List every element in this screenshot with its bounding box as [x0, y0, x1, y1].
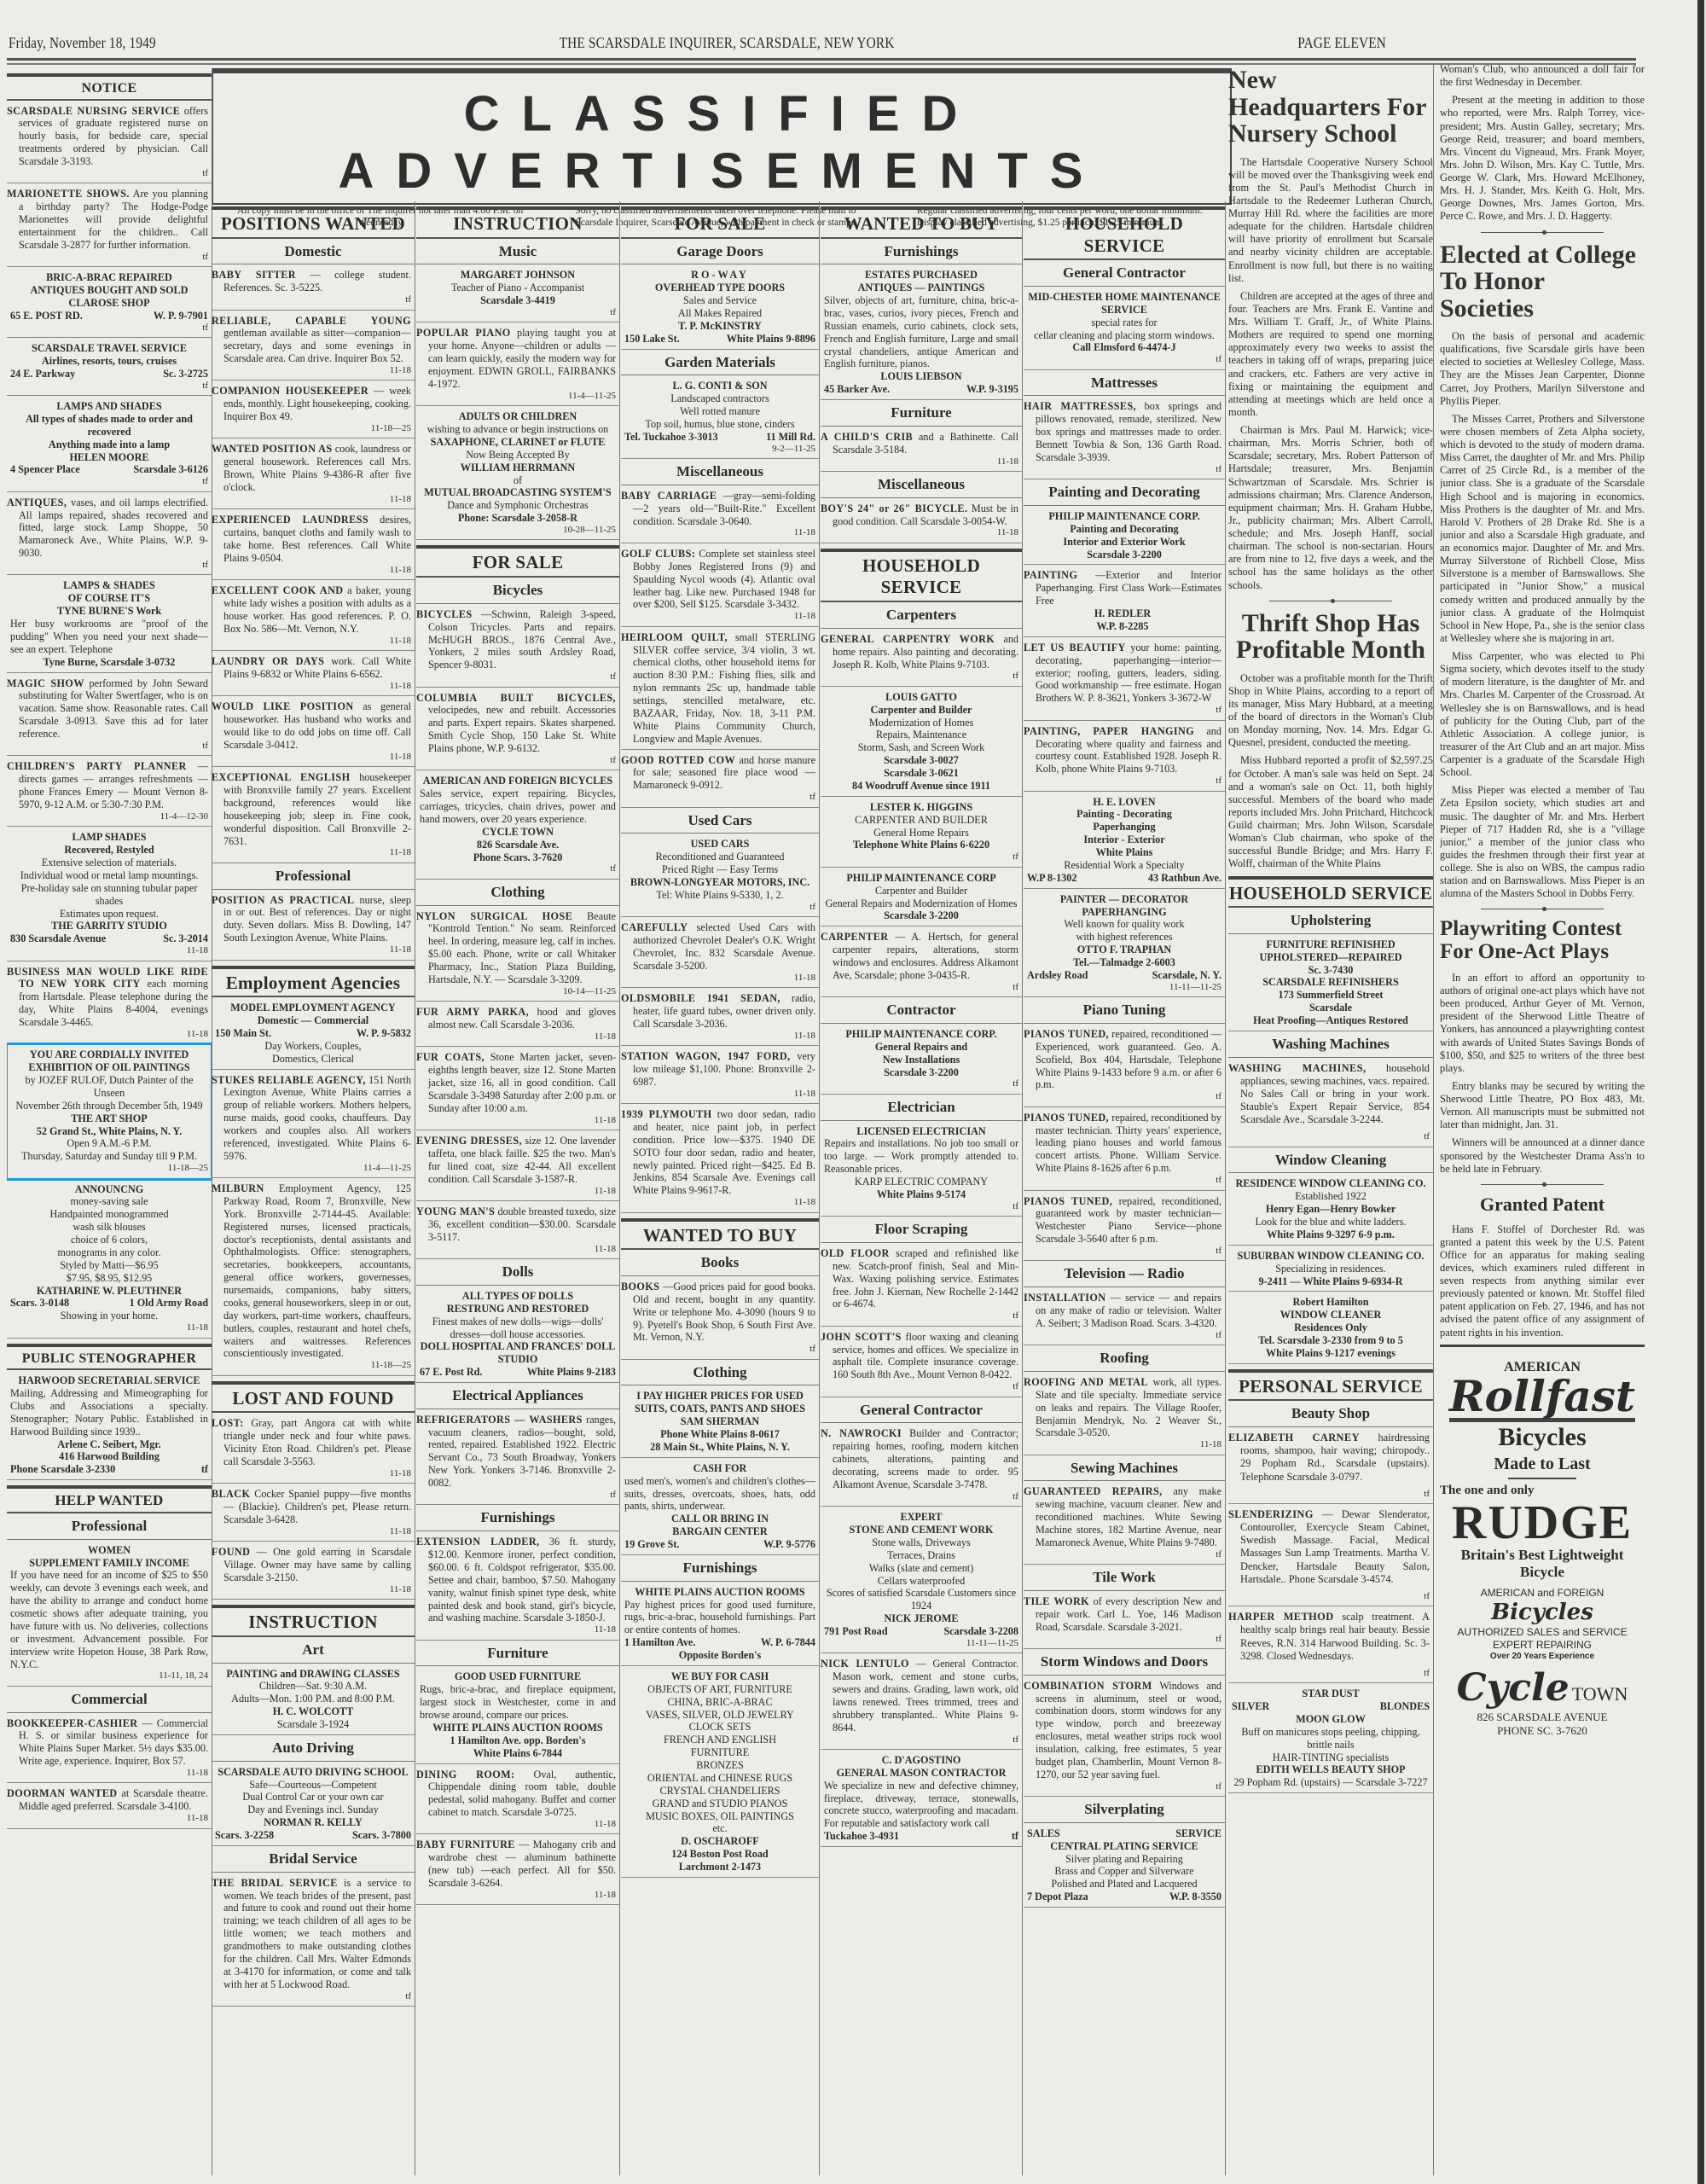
ad-edith-wells: STAR DUST SILVERBLONDES MOON GLOW Buff o… [1228, 1683, 1433, 1793]
subsection-auto-driving: Auto Driving [212, 1735, 415, 1762]
subsection-miscellaneous: Miscellaneous [621, 459, 819, 485]
section-for-sale: FOR SALE [621, 206, 819, 239]
subsection-storm-windows: Storm Windows and Doors [1024, 1649, 1225, 1676]
subsection-electrical-appliances: Electrical Appliances [416, 1383, 619, 1409]
ad-scarsdale-refinishers: FURNITURE REFINISHED UPHOLSTERED—REPAIRE… [1228, 934, 1433, 1031]
ad-conti-garden: L. G. CONTI & SON Landscaped contractors… [621, 375, 819, 459]
classified-banner: CLASSIFIED ADVERTISEMENTS All copy must … [212, 68, 1232, 205]
ad-rulof-exhibition: YOU ARE CORDIALLY INVITED EXHIBITION OF … [7, 1044, 212, 1178]
ad-doorman: DOORMAN WANTED at Scarsdale theatre. Mid… [7, 1783, 212, 1828]
ad-helen-moore-lamps: LAMPS AND SHADES All types of shades mad… [7, 396, 212, 492]
ad-stauble-repair: WASHING MACHINES, household appliances, … [1228, 1058, 1433, 1147]
ad-women-income: WOMEN SUPPLEMENT FAMILY INCOME If you ha… [7, 1540, 212, 1687]
ad-wolcott-art: PAINTING and DRAWING CLASSES Children—Sa… [212, 1664, 415, 1735]
section-public-stenographer: PUBLIC STENOGRAPHER [7, 1344, 212, 1371]
ad-misc: HEIRLOOM QUILT, small STERLING SILVER co… [621, 627, 819, 750]
section-employment-agencies: Employment Agencies [212, 966, 415, 998]
headline-thrift-shop: Thrift Shop Has Profitable Month [1228, 610, 1433, 664]
ad-robert-hamilton: Robert Hamilton WINDOW CLEANER Residence… [1228, 1292, 1433, 1363]
ad-position: EXPERIENCED LAUNDRESS desires, curtains,… [212, 509, 415, 580]
subsection-professional: Professional [7, 1513, 212, 1540]
ad-clothing: NYLON SURGICAL HOSE Beaute "Kontrold Ten… [416, 906, 619, 1002]
ad-position: WANTED POSITION AS cook, laundress or ge… [212, 439, 415, 509]
ad-kolb-painting: PAINTING, PAPER HANGING and Decorating w… [1024, 721, 1225, 792]
column-1: NOTICE SCARSDALE NURSING SERVICE offers … [7, 68, 212, 2175]
masthead: Friday, November 18, 1949 THE SCARSDALE … [9, 34, 1386, 53]
ad-driving-school: SCARSDALE AUTO DRIVING SCHOOL Safe—Court… [212, 1762, 415, 1846]
subsection-carpenters: Carpenters [821, 602, 1022, 629]
newspaper-page: Friday, November 18, 1949 THE SCARSDALE … [0, 0, 1704, 2184]
ad-karp-electric: LICENSED ELECTRICIAN Repairs and install… [821, 1121, 1022, 1217]
ad-dining-room: DINING ROOM: Oval, authentic, Chippendal… [416, 1764, 619, 1835]
ad-books: BOOKS —Good prices paid for good books. … [621, 1276, 819, 1360]
headline-elected-college: Elected at College To Honor Societies [1440, 241, 1645, 322]
divider [1269, 601, 1392, 601]
subsection-bridal-service: Bridal Service [212, 1846, 415, 1873]
ad-tyne-burne: LAMPS & SHADES OF COURSE IT'S TYNE BURNE… [7, 575, 212, 672]
subsection-art: Art [212, 1637, 415, 1664]
ad-bargain-center: CASH FOR used men's, women's and childre… [621, 1458, 819, 1555]
ad-clothing: FUR ARMY PARKA, hood and gloves almost n… [416, 1002, 619, 1047]
headline-playwriting-contest: Playwriting Contest For One-Act Plays [1440, 918, 1645, 963]
ad-clothing: YOUNG MAN'S double breasted tuxedo, size… [416, 1201, 619, 1259]
ad-redler-painting: PAINTING —Exterior and Interior Paperhan… [1024, 565, 1225, 636]
subsection-washing-machines: Washing Machines [1228, 1031, 1433, 1058]
ad-brown-longyear: USED CARS Reconditioned and Guaranteed P… [621, 834, 819, 917]
ad-piano-tuning: PIANOS TUNED, repaired, reconditioned — … [1024, 1024, 1225, 1107]
subsection-dolls: Dolls [416, 1259, 619, 1286]
subsection-domestic: Domestic [212, 239, 415, 265]
divider [1481, 909, 1604, 909]
ad-bridal-service: THE BRIDAL SERVICE is a service to women… [212, 1873, 415, 2007]
subsection-sewing-machines: Sewing Machines [1024, 1455, 1225, 1482]
ad-travel-service: SCARSDALE TRAVEL SERVICE Airlines, resor… [7, 338, 212, 396]
ad-magic-show: MAGIC SHOW performed by John Seward subs… [7, 673, 212, 757]
ad-childs-crib: A CHILD'S CRIB and a Bathinette. Call Sc… [821, 427, 1022, 472]
ad-harwood-secretarial: HARWOOD SECRETARIAL SERVICE Mailing, Add… [7, 1370, 212, 1480]
ad-position: BABY SITTER — college student. Reference… [212, 264, 415, 310]
section-wanted-to-buy: WANTED TO BUY [621, 1218, 819, 1251]
ad-misc: GOLF CLUBS: Complete set stainless steel… [621, 543, 819, 627]
issue-date: Friday, November 18, 1949 [9, 34, 156, 53]
ad-dagostino-mason: C. D'AGOSTINO GENERAL MASON CONTRACTOR W… [821, 1750, 1022, 1847]
divider [1481, 1184, 1604, 1185]
ad-antiques-lamps: ANTIQUES, vases, and oil lamps electrifi… [7, 492, 212, 576]
ad-position: LAUNDRY OR DAYS work. Call White Plains … [212, 651, 415, 696]
ad-nursing: SCARSDALE NURSING SERVICE offers service… [7, 101, 212, 184]
subsection-used-cars: Used Cars [621, 808, 819, 834]
subsection-general-contractor: General Contractor [1024, 260, 1225, 287]
ad-sam-sherman: I PAY HIGHER PRICES FOR USED SUITS, COAT… [621, 1385, 819, 1457]
ad-hogan-brothers: LET US BEAUTIFY your home: painting, dec… [1024, 637, 1225, 721]
ad-cycle-town: AMERICAN AND FOREIGN BICYCLES Sales serv… [416, 770, 619, 880]
ad-seibert-radio: INSTALLATION — service — and repairs on … [1024, 1287, 1225, 1345]
subsection-clothing: Clothing [416, 880, 619, 906]
ad-nick-lentulo: NICK LENTULO — General Contractor. Mason… [821, 1653, 1022, 1750]
ad-hertsch-carpenter: CARPENTER — A. Hertsch, for general carp… [821, 926, 1022, 997]
ad-electric-servant: REFRIGERATORS — WASHERS ranges, vacuum c… [416, 1409, 619, 1506]
ad-nawrocki: N. NAWROCKI Builder and Contractor; repa… [821, 1423, 1022, 1507]
ad-bicycles: COLUMBIA BUILT BICYCLES, velocipedes, ne… [416, 688, 619, 771]
section-instruction: INSTRUCTION [212, 1605, 415, 1637]
ad-white-sewing: GUARANTEED REPAIRS, any make sewing mach… [1024, 1481, 1225, 1565]
ad-piano-tuning: PIANOS TUNED, repaired, reconditioned by… [1024, 1107, 1225, 1191]
ad-clothing: FUR COATS, Stone Marten jacket, seven-ei… [416, 1047, 619, 1130]
ad-loven-painting: H. E. LOVEN Painting - Decorating Paperh… [1024, 792, 1225, 889]
ad-boys-bicycle: BOY'S 24" or 26" BICYCLE. Must be in goo… [821, 498, 1022, 543]
ad-slenderizing: SLENDERIZING — Dewar Slenderator, Contou… [1228, 1504, 1433, 1606]
ad-extension-ladder: EXTENSION LADDER, 36 ft. sturdy, $12.00.… [416, 1531, 619, 1641]
column-6: HOUSEHOLD SERVICE General Contractor MID… [1024, 201, 1226, 2175]
subsection-piano-tuning: Piano Tuning [1024, 997, 1225, 1024]
ad-ro-way-doors: RO-WAY OVERHEAD TYPE DOORS Sales and Ser… [621, 264, 819, 349]
page-number: PAGE ELEVEN [1297, 34, 1386, 53]
subsection-clothing: Clothing [621, 1360, 819, 1386]
subsection-bicycles: Bicycles [416, 578, 619, 604]
column-7: New Headquarters For Nursery School The … [1228, 63, 1434, 2175]
subsection-furnishings: Furnishings [416, 1505, 619, 1531]
cycle-town-logo: Cycle [1457, 1666, 1570, 1710]
ad-philip-maintenance: PHILIP MAINTENANCE CORP Carpenter and Bu… [821, 868, 1022, 927]
ad-position: WOULD LIKE POSITION as general housework… [212, 696, 415, 767]
ad-garrity-studio: LAMP SHADES Recovered, Restyled Extensiv… [7, 827, 212, 961]
ad-clarose-shop: BRIC-A-BRAC REPAIRED ANTIQUES BOUGHT AND… [7, 267, 212, 338]
ad-popular-piano: POPULAR PIANO playing taught you at your… [416, 322, 619, 406]
section-positions-wanted: POSITIONS WANTED [212, 206, 415, 239]
ad-ride-wanted: BUSINESS MAN WOULD LIKE RIDE TO NEW YORK… [7, 961, 212, 1045]
ad-herrmann-woodwinds: ADULTS OR CHILDREN wishing to advance or… [416, 406, 619, 540]
ad-rollfast-rudge-bicycles: AMERICAN Rollfast Bicycles Made to Last … [1440, 1345, 1645, 1738]
subsection-furnishings: Furnishings [621, 1555, 819, 1582]
subsection-furniture: Furniture [416, 1641, 619, 1667]
section-household-service: HOUSEHOLD SERVICE [1024, 206, 1225, 260]
newspaper-title: THE SCARSDALE INQUIRER, SCARSDALE, NEW Y… [560, 34, 895, 53]
ad-model-employment: MODEL EMPLOYMENT AGENCY Domestic — Comme… [212, 997, 415, 1069]
subsection-silverplating: Silverplating [1024, 1797, 1225, 1823]
ad-practical-nurse: POSITION AS PRACTICAL nurse, sleep in or… [212, 890, 415, 961]
ad-position: EXCELLENT COOK AND a baker, young white … [212, 580, 415, 651]
banner-title: CLASSIFIED ADVERTISEMENTS [213, 85, 1230, 200]
ad-philip-maintenance: PHILIP MAINTENANCE CORP. General Repairs… [821, 1024, 1022, 1095]
ad-general-carpentry: GENERAL CARPENTRY WORK and home repairs.… [821, 629, 1022, 687]
rudge-logo: RUDGE [1440, 1499, 1645, 1547]
ad-floor: OLD FLOOR scraped and refinished like ne… [821, 1243, 1022, 1327]
ad-lester-higgins: LESTER K. HIGGINS CARPENTER AND BUILDER … [821, 797, 1022, 868]
subsection-painting-decorating: Painting and Decorating [1024, 479, 1225, 506]
ad-car: CAREFULLY selected Used Cars with author… [621, 917, 819, 988]
subsection-roofing: Roofing [1024, 1345, 1225, 1372]
ad-harper-method: HARPER METHOD scalp treatment. A healthy… [1228, 1606, 1433, 1683]
ad-baby-furniture: BABY FURNITURE — Mahogany crib and wardr… [416, 1834, 619, 1905]
ad-bicycles: BICYCLES —Schwinn, Raleigh 3-speed, Cols… [416, 604, 619, 688]
subsection-garden-materials: Garden Materials [621, 350, 819, 376]
ad-lost-puppy: BLACK Cocker Spaniel puppy—five months —… [212, 1484, 415, 1542]
ad-philip-painting: PHILIP MAINTENANCE CORP. Painting and De… [1024, 506, 1225, 566]
ad-position: RELIABLE, CAPABLE YOUNG gentleman availa… [212, 311, 415, 381]
column-4: FOR SALE Garage Doors RO-WAY OVERHEAD TY… [621, 201, 820, 2175]
ad-margaret-johnson: MARGARET JOHNSON Teacher of Piano - Acco… [416, 264, 619, 322]
ad-car: STATION WAGON, 1947 FORD, very low milea… [621, 1046, 819, 1104]
subsection-furnishings: Furnishings [821, 239, 1022, 265]
ad-position: EXCEPTIONAL ENGLISH housekeeper with Bro… [212, 767, 415, 863]
ad-suburban-window: SUBURBAN WINDOW CLEANING CO. Specializin… [1228, 1246, 1433, 1292]
section-household-service: HOUSEHOLD SERVICE [821, 549, 1022, 602]
ad-stukes-agency: STUKES RELIABLE AGENCY, 151 North Lexing… [212, 1070, 415, 1179]
section-household-service: HOUSEHOLD SERVICE [1228, 876, 1433, 909]
ad-chamberlin-storm: COMBINATION STORM Windows and screens in… [1024, 1676, 1225, 1797]
subsection-general-contractor: General Contractor [821, 1397, 1022, 1424]
subsection-commercial: Commercial [7, 1687, 212, 1713]
headline-granted-patent: Granted Patent [1440, 1194, 1645, 1217]
ad-wp-auction-rooms: WHITE PLAINS AUCTION ROOMS Pay highest p… [621, 1582, 819, 1666]
ad-blouse-sale: ANNOUNCNG money-saving sale Handpainted … [7, 1179, 212, 1339]
subsection-floor-scraping: Floor Scraping [821, 1217, 1022, 1243]
ad-floor: JOHN SCOTT'S floor waxing and cleaning s… [821, 1327, 1022, 1397]
subsection-furniture: Furniture [821, 400, 1022, 427]
section-notice: NOTICE [7, 73, 212, 101]
ad-tile-work: TILE WORK of every description New and r… [1024, 1591, 1225, 1649]
section-lost-and-found: LOST AND FOUND [212, 1381, 415, 1414]
section-wanted-to-buy: WANTED TO BUY [821, 206, 1022, 239]
ad-nick-jerome: EXPERT STONE AND CEMENT WORK Stone walls… [821, 1507, 1022, 1653]
ad-car: 1939 PLYMOUTH two door sedan, radio and … [621, 1104, 819, 1213]
column-2: POSITIONS WANTED Domestic BABY SITTER — … [212, 201, 415, 2175]
ad-hair-mattresses: HAIR MATTRESSES, box springs and pillows… [1024, 396, 1225, 479]
subsection-beauty-shop: Beauty Shop [1228, 1401, 1433, 1427]
ad-position: COMPANION HOUSEKEEPER — week ends, month… [212, 380, 415, 439]
subsection-garage-doors: Garage Doors [621, 239, 819, 265]
headline-nursery-school: New Headquarters For Nursery School [1228, 67, 1433, 148]
subsection-upholstering: Upholstering [1228, 908, 1433, 934]
ad-elizabeth-carney: ELIZABETH CARNEY hairdressing rooms, sha… [1228, 1427, 1433, 1504]
ad-party-planner: CHILDREN'S PARTY PLANNER — directs games… [7, 756, 212, 827]
ad-mid-chester: MID-CHESTER HOME MAINTENANCE SERVICE spe… [1024, 287, 1225, 370]
ad-louis-gatto: LOUIS GATTO Carpenter and Builder Modern… [821, 687, 1022, 797]
ad-misc: GOOD ROTTED COW and horse manure for sal… [621, 750, 819, 808]
column-8: Woman's Club, who announced a doll fair … [1440, 63, 1645, 2175]
section-instruction: INSTRUCTION [416, 206, 619, 239]
subsection-tile-work: Tile Work [1024, 1565, 1225, 1591]
subsection-window-cleaning: Window Cleaning [1228, 1147, 1433, 1174]
ad-village-roofer: ROOFING AND METAL work, all types. Slate… [1024, 1372, 1225, 1455]
ad-central-plating: SALESSERVICE CENTRAL PLATING SERVICE Sil… [1024, 1823, 1225, 1908]
ad-misc: BABY CARRIAGE —gray—semi-folding—2 years… [621, 485, 819, 543]
section-help-wanted: HELP WANTED [7, 1485, 212, 1513]
divider [1481, 232, 1604, 233]
section-personal-service: PERSONAL SERVICE [1228, 1369, 1433, 1402]
rollfast-logo: Rollfast [1449, 1375, 1635, 1422]
subsection-professional: Professional [212, 863, 415, 890]
subsection-contractor: Contractor [821, 997, 1022, 1024]
ad-marionette: MARIONETTE SHOWS. Are you planning a bir… [7, 183, 212, 267]
section-for-sale: FOR SALE [416, 545, 619, 578]
subsection-miscellaneous: Miscellaneous [821, 472, 1022, 498]
ad-lost-cat: LOST: Gray, part Angora cat with white t… [212, 1413, 415, 1484]
ad-doll-hospital: ALL TYPES OF DOLLS RESTRUNG AND RESTORED… [416, 1286, 619, 1383]
subsection-television-radio: Television — Radio [1024, 1261, 1225, 1287]
subsection-electrician: Electrician [821, 1095, 1022, 1121]
subsection-mattresses: Mattresses [1024, 370, 1225, 397]
column-5: WANTED TO BUY Furnishings ESTATES PURCHA… [821, 201, 1023, 2175]
ad-good-used-furniture: GOOD USED FURNITURE Rugs, bric-a-brac, a… [416, 1666, 619, 1763]
ad-oscharoff: WE BUY FOR CASH OBJECTS OF ART, FURNITUR… [621, 1666, 819, 1878]
subsection-music: Music [416, 239, 619, 265]
ad-otto-traphan: PAINTER — DECORATOR PAPERHANGING Well kn… [1024, 889, 1225, 998]
ad-louis-liebson: ESTATES PURCHASED ANTIQUES — PAINTINGS S… [821, 264, 1022, 400]
ad-car: OLDSMOBILE 1941 SEDAN, radio, heater, li… [621, 988, 819, 1046]
ad-clothing: EVENING DRESSES, size 12. One lavender t… [416, 1130, 619, 1201]
ad-residence-window: RESIDENCE WINDOW CLEANING CO. Establishe… [1228, 1173, 1433, 1245]
column-3: INSTRUCTION Music MARGARET JOHNSON Teach… [416, 201, 620, 2175]
subsection-books: Books [621, 1250, 819, 1276]
ad-piano-tuning: PIANOS TUNED, repaired, reconditioned, g… [1024, 1191, 1225, 1262]
ad-found-earring: FOUND — One gold earring in Scarsdale Vi… [212, 1542, 415, 1600]
ad-bookkeeper: BOOKKEEPER-CASHIER — Commercial H. S. or… [7, 1713, 212, 1784]
ad-milburn-agency: MILBURN Employment Agency, 125 Parkway R… [212, 1178, 415, 1376]
